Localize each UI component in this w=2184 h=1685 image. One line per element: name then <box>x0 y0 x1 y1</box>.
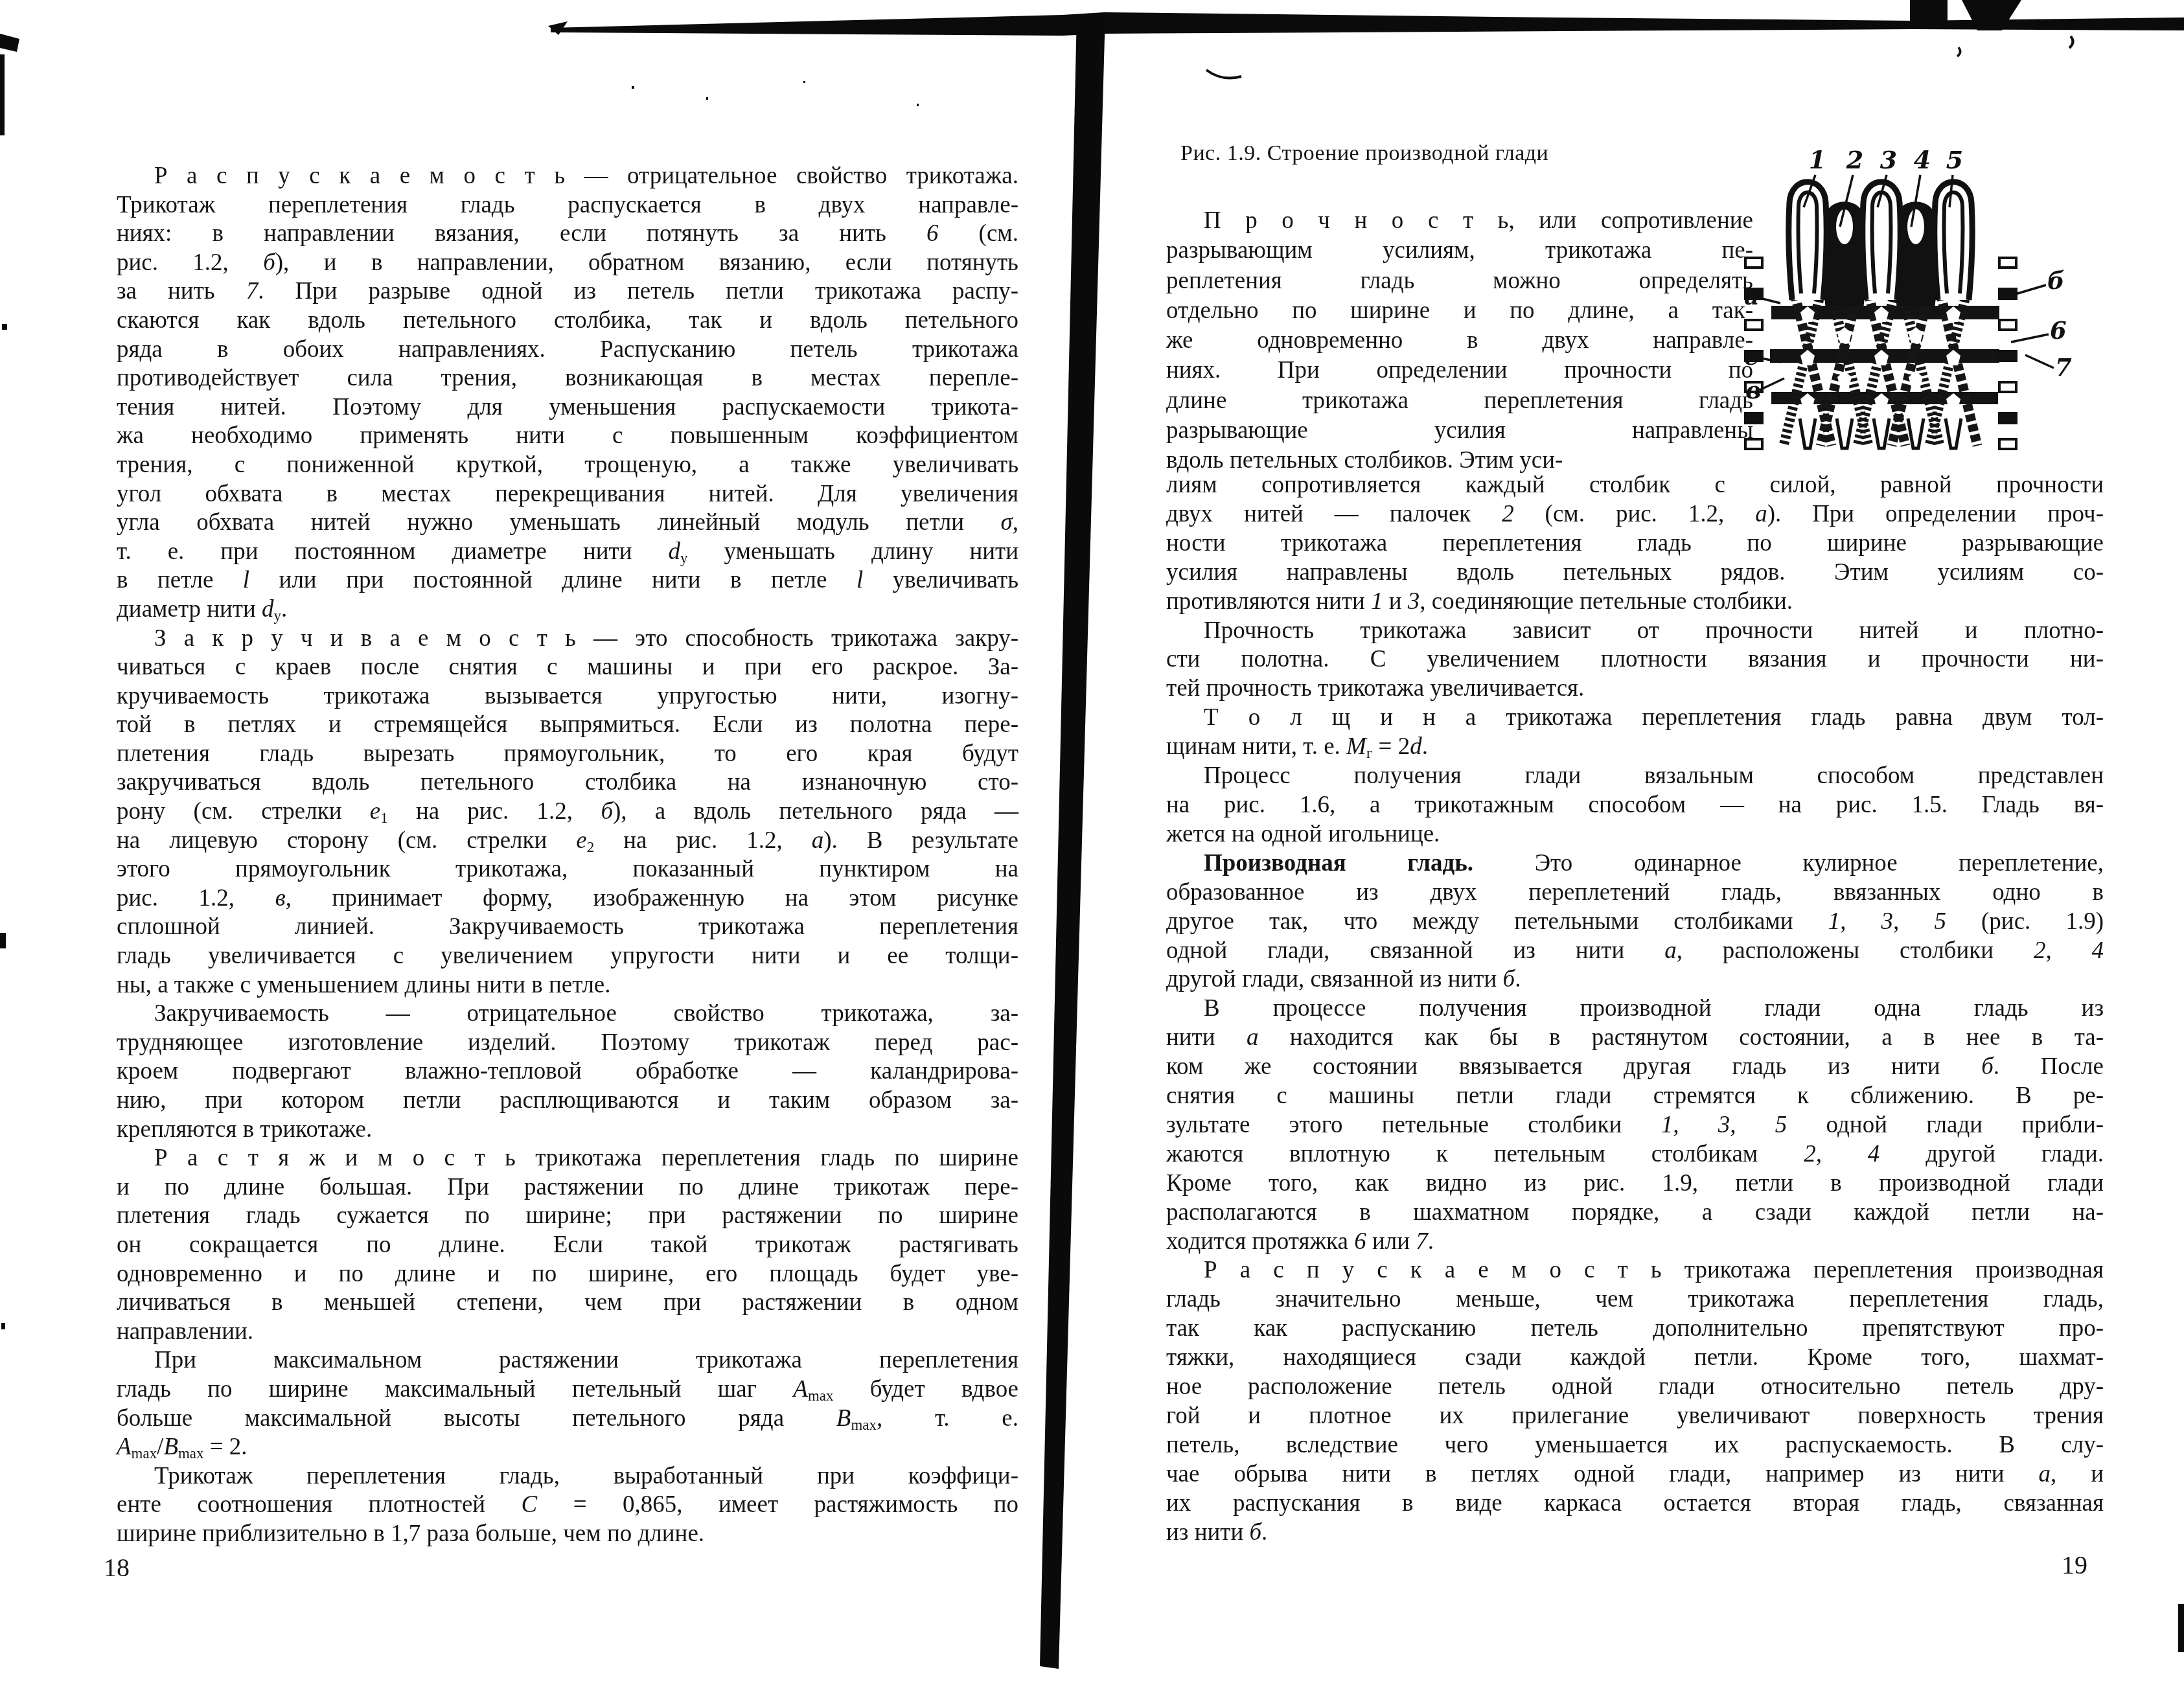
left-edge-dot-2 <box>0 933 6 948</box>
text-line: ниях. При определении прочности по <box>1166 356 1753 385</box>
text-line: плетения гладь вырезать прямоугольник, т… <box>117 740 1018 769</box>
text-line: же одновременно в двух направле- <box>1166 326 1753 356</box>
text-line: на рис. 1.6, а трикотажным способом — на… <box>1166 791 2104 820</box>
text-line: их распускания в виде каркаса остается в… <box>1166 1489 2104 1519</box>
text-line: щинам нити, т. е. Мг = 2d. <box>1166 733 2104 762</box>
text-line: другой глади, связанной из нити б. <box>1166 965 2104 994</box>
text-line: диаметр нити dу. <box>117 595 1018 625</box>
text-line: рис. 1.2, б), и в направлении, обратном … <box>117 249 1018 278</box>
text-line: той в петлях и стремящейся выпрямиться. … <box>117 711 1018 740</box>
page-number-left: 18 <box>104 1552 130 1583</box>
text-line: личиваться в меньшей степени, чем при ра… <box>117 1289 1018 1318</box>
figure-label-a: а <box>1744 282 1760 310</box>
text-line: крепляются в трикотаже. <box>117 1116 1018 1145</box>
text-line: из нити б. <box>1166 1519 2104 1548</box>
text-line: противодействует сила трения, возникающа… <box>117 364 1018 393</box>
text-line: гой и плотное их прилегание увеличивают … <box>1166 1402 2104 1431</box>
text-line: гладь увеличивается с увеличением упруго… <box>117 942 1018 971</box>
text-line: Т о л щ и н а трикотажа переплетения гла… <box>1166 704 2104 733</box>
left-edge-mark-2 <box>0 54 5 135</box>
text-line: трения, с пониженной круткой, трощеную, … <box>117 451 1018 480</box>
text-line: разрывающим усилиям, трикотажа пе- <box>1166 236 1753 266</box>
text-line: двух нитей — палочек 2 (см. рис. 1.2, а)… <box>1166 500 2104 529</box>
text-line: тей прочность трикотажа увеличивается. <box>1166 674 2104 704</box>
text-line: ниях: в направлении вязания, если потяну… <box>117 220 1018 249</box>
text-line: трудняющее изготовление изделий. Поэтому… <box>117 1029 1018 1058</box>
text-line: Производная гладь. Это одинарное кулирно… <box>1166 849 2104 878</box>
figure-column-number-5: 5 <box>1946 145 1963 174</box>
text-line: за нить 7. При разрыве одной из петель п… <box>117 277 1018 306</box>
text-line: кроем подвергают влажно-тепловой обработ… <box>117 1057 1018 1086</box>
text-line: Прочность трикотажа зависит от прочности… <box>1166 617 2104 646</box>
text-line: сплошной линией. Закручиваемость трикота… <box>117 913 1018 942</box>
curl-mark-2 <box>1957 47 1960 56</box>
text-line: енте соотношения плотностей C = 0,865, и… <box>117 1491 1018 1520</box>
left-edge-dot-3 <box>1 1323 5 1329</box>
text-line: чае обрыва нити в петлях одной глади, на… <box>1166 1460 2104 1489</box>
top-bar-left-tick <box>548 21 568 35</box>
text-line: Процесс получения глади вязальным способ… <box>1166 762 2104 791</box>
figure-column-number-2: 2 <box>1846 145 1863 174</box>
text-line: Кроме того, как видно из рис. 1.9, петли… <box>1166 1169 2104 1198</box>
text-line: направлении. <box>117 1318 1018 1347</box>
text-line: угла обхвата нитей нужно уменьшать линей… <box>117 509 1018 538</box>
text-line: ны, а также с уменьшением длины нити в п… <box>117 971 1018 1000</box>
corner-blob-1 <box>1910 0 1948 28</box>
figure-column-number-4: 4 <box>1914 145 1931 174</box>
text-line: нию, при котором петли расплющиваются и … <box>117 1086 1018 1116</box>
text-line: этого прямоугольник трикотажа, показанны… <box>117 855 1018 884</box>
text-line: одновременно и по длине и по ширине, его… <box>117 1260 1018 1289</box>
text-line: ности трикотажа переплетения гладь по ши… <box>1166 529 2104 558</box>
speckle-4 <box>917 104 919 106</box>
text-line: т. е. при постоянном диаметре нити dу ум… <box>117 538 1018 567</box>
text-line: закручиваться вдоль петельного столбика … <box>117 768 1018 797</box>
text-line: образованное из двух переплетений гладь,… <box>1166 878 2104 908</box>
text-line: другое так, что между петельными столбик… <box>1166 908 2104 937</box>
figure-label-6: 6 <box>2050 316 2067 345</box>
text-line: П р о ч н о с т ь, или сопротивление <box>1166 206 1753 236</box>
text-line: Р а с п у с к а е м о с т ь — отрицатель… <box>117 162 1018 191</box>
right-edge-sliver <box>2178 1604 2184 1652</box>
text-line: жа необходимо применять нити с повышенны… <box>117 422 1018 451</box>
text-line: В процессе получения производной глади о… <box>1166 994 2104 1024</box>
top-shadow-bar <box>551 12 2184 36</box>
text-line: разрывающие усилия направлены <box>1166 416 1753 446</box>
figure-label-g: г <box>1744 342 1758 371</box>
text-line: Трикотаж переплетения гладь, выработанны… <box>117 1462 1018 1491</box>
text-line: З а к р у ч и в а е м о с т ь — это спос… <box>117 625 1018 654</box>
text-line: Закручиваемость — отрицательное свойство… <box>117 1000 1018 1029</box>
right-page-main-column: лиям сопротивляется каждый столбик с сил… <box>1166 471 2104 1548</box>
figure-column-number-1: 1 <box>1809 145 1826 174</box>
text-line: реплетения гладь можно определять <box>1166 266 1753 296</box>
text-line: жется на одной игольнице. <box>1166 820 2104 849</box>
left-page-text-column: Р а с п у с к а е м о с т ь — отрицатель… <box>117 162 1018 1549</box>
text-line: больше максимальной высоты петельного ря… <box>117 1404 1018 1434</box>
left-edge-mark-1 <box>0 34 19 52</box>
text-line: скаются как вдоль петельного столбика, т… <box>117 306 1018 336</box>
text-line: одной глади, связанной из нити а, распол… <box>1166 937 2104 966</box>
speckle-2 <box>706 97 708 100</box>
figure-column-number-3: 3 <box>1880 145 1897 174</box>
page-number-right: 19 <box>2062 1550 2087 1580</box>
text-line: на лицевую сторону (см. стрелки е2 на ри… <box>117 827 1018 856</box>
text-line: ширине приблизительно в 1,7 раза больше,… <box>117 1520 1018 1549</box>
text-line: отдельно по ширине и по длине, а так- <box>1166 296 1753 326</box>
text-line: ряда в обоих направлениях. Распусканию п… <box>117 336 1018 365</box>
figure-label-v: в <box>1745 376 1761 404</box>
text-line: противляются нити 1 и 3, соединяющие пет… <box>1166 588 2104 617</box>
text-line: в петле l или при постоянной длине нити … <box>117 566 1018 595</box>
text-line: ходится протяжка 6 или 7. <box>1166 1228 2104 1257</box>
text-line: тяжки, находящиеся сзади каждой петли. К… <box>1166 1344 2104 1373</box>
figure-derived-plain-stitch-diagram: 1 2 3 4 5 а г в б 6 7 <box>1744 141 2076 453</box>
text-line: плетения гладь сужается по ширине; при р… <box>117 1202 1018 1231</box>
curl-mark-1 <box>2069 36 2073 48</box>
text-line: угол обхвата в местах перекрещивания нит… <box>117 480 1018 509</box>
text-line: Р а с т я ж и м о с т ь трикотажа перепл… <box>117 1144 1018 1173</box>
left-edge-dot-1 <box>2 324 7 330</box>
speckle-1 <box>632 86 634 89</box>
text-line: нити а находится как бы в растянутом сос… <box>1166 1024 2104 1053</box>
text-line: так как распусканию петель дополнительно… <box>1166 1314 2104 1344</box>
text-line: Amax/Bmax = 2. <box>117 1433 1018 1462</box>
text-line: снятия с машины петли глади стремятся к … <box>1166 1082 2104 1111</box>
text-line: располагаются в шахматном порядке, а сза… <box>1166 1198 2104 1228</box>
right-page-narrow-column: П р о ч н о с т ь, или сопротивлениеразр… <box>1166 206 1753 476</box>
text-line: сти полотна. С увеличением плотности вяз… <box>1166 645 2104 674</box>
text-line: чиваться с краев после снятия с машины и… <box>117 653 1018 682</box>
text-line: усилия направлены вдоль петельных рядов.… <box>1166 558 2104 588</box>
figure-label-7: 7 <box>2055 353 2072 382</box>
speckle-3 <box>803 81 805 83</box>
text-line: ное расположение петель одной глади отно… <box>1166 1373 2104 1402</box>
text-line: кручиваемость трикотажа вызывается упруг… <box>117 682 1018 711</box>
text-line: и по длине большая. При растяжении по дл… <box>117 1173 1018 1202</box>
text-line: лиям сопротивляется каждый столбик с сил… <box>1166 471 2104 500</box>
book-scan-spread: { "book": { "left_page": { "page_number"… <box>0 0 2184 1685</box>
text-line: Трикотаж переплетения гладь распускается… <box>117 191 1018 220</box>
corner-blob-2 <box>1962 0 2021 30</box>
gutter-shadow <box>1040 14 1105 1669</box>
text-line: рону (см. стрелки е1 на рис. 1.2, б), а … <box>117 797 1018 827</box>
text-line: он сокращается по длине. Если такой трик… <box>117 1231 1018 1260</box>
text-line: петель, вследствие чего уменьшается их р… <box>1166 1431 2104 1460</box>
figure-label-b: б <box>2047 266 2065 295</box>
text-line: гладь по ширине максимальный петельный ш… <box>117 1375 1018 1404</box>
text-line: гладь значительно меньше, чем трикотажа … <box>1166 1285 2104 1314</box>
text-line: ком же состоянии ввязывается другая глад… <box>1166 1053 2104 1082</box>
text-line: длине трикотажа переплетения гладь <box>1166 386 1753 416</box>
text-line: зультате этого петельные столбики 1, 3, … <box>1166 1111 2104 1140</box>
text-line: тения нитей. Поэтому для уменьшения расп… <box>117 393 1018 422</box>
figure-caption: Рис. 1.9. Строение производной глади <box>1180 141 1548 166</box>
page-curl-line <box>1206 70 1241 78</box>
text-line: Р а с п у с к а е м о с т ь трикотажа пе… <box>1166 1256 2104 1285</box>
text-line: рис. 1.2, в, принимает форму, изображенн… <box>117 884 1018 913</box>
text-line: При максимальном растяжении трикотажа пе… <box>117 1346 1018 1375</box>
text-line: жаются вплотную к петельным столбикам 2,… <box>1166 1140 2104 1169</box>
